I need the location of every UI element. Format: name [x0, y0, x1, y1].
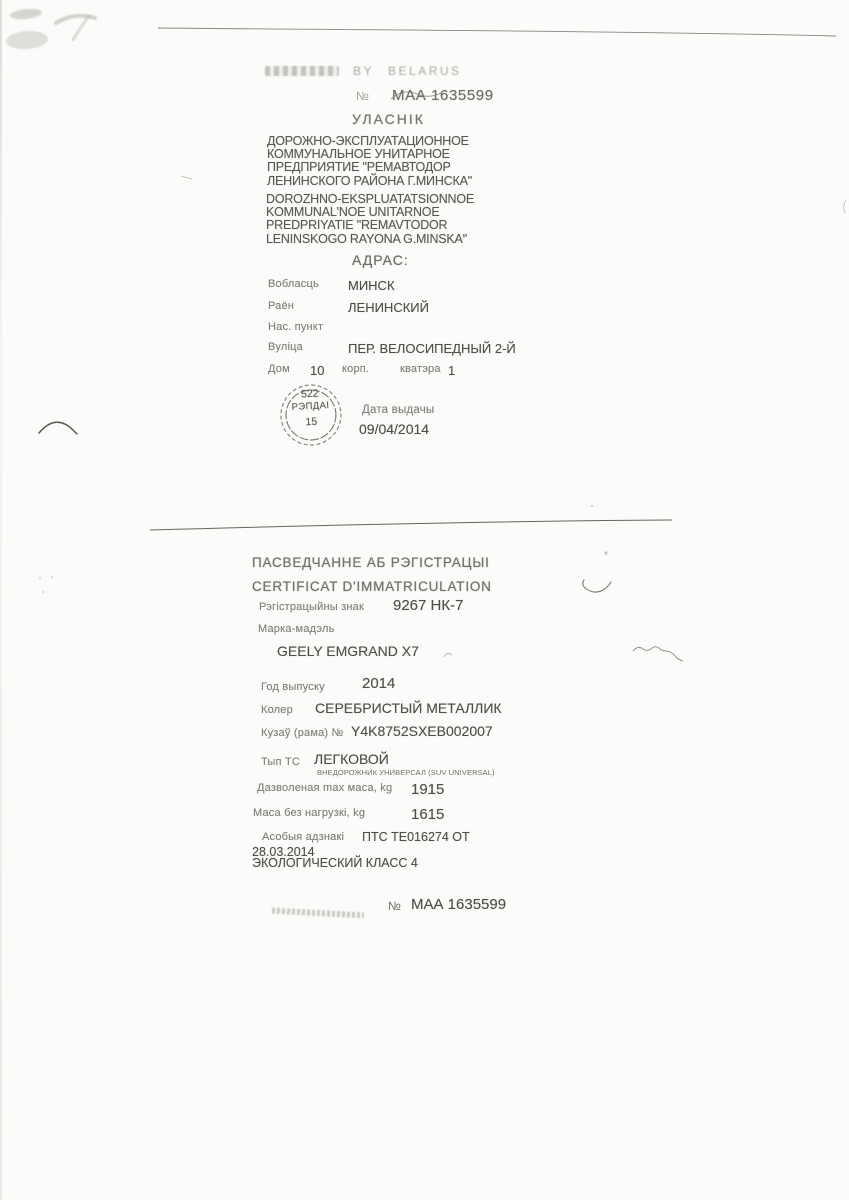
fine-print-illegible: [272, 908, 364, 919]
issue-date-value: 09/04/2014: [359, 421, 429, 437]
fold-line-middle: [150, 520, 672, 530]
issue-stamp: 522 РЭПДАІ 15: [274, 379, 348, 453]
address-heading: АДРАС:: [352, 252, 409, 268]
fold-line-top: [158, 28, 836, 36]
scan-artifact-tick: [444, 653, 452, 657]
faded-country-line: BY BELARUS: [265, 64, 462, 78]
certificate-number-sign: №: [388, 899, 401, 913]
body-number-label: Кузаў (рама) №: [261, 727, 344, 739]
address-house-label: Дом: [268, 363, 290, 375]
owner-name-translit: DOROZHNO-EKSPLUATATSIONNOE KOMMUNAL'NOE …: [266, 193, 474, 246]
address-street-label: Вуліца: [268, 341, 303, 353]
color-label: Колер: [261, 704, 293, 716]
year-label: Год выпуску: [261, 681, 325, 693]
owner-name-line: ПРЕДПРИЯТИЕ "РЕМАВТОДОР: [267, 161, 472, 174]
faded-word-country: BELARUS: [388, 64, 462, 78]
unladen-mass-value: 1615: [411, 806, 444, 823]
address-district-value: ЛЕНИНСКИЙ: [348, 300, 429, 315]
owner-translit-line: PREDPRIYATIE "REMAVTODOR: [266, 219, 474, 232]
owner-name-cyrillic: ДОРОЖНО-ЭКСПЛУАТАЦИОННОЕ КОММУНАЛЬНОЕ УН…: [267, 135, 472, 188]
unladen-mass-label: Маса без нагрузкі, kg: [253, 807, 365, 819]
special-marks-label: Асобыя адзнакі: [262, 831, 344, 843]
owner-translit-line: LENINSKOGO RAYONA G.MINSKA": [266, 233, 474, 246]
certificate-title-belarusian: ПАСВЕДЧАННЕ АБ РЭГІСТРАЦЫІ: [252, 555, 490, 570]
special-marks-line3: ЭКОЛОГИЧЕСКИЙ КЛАСС 4: [252, 856, 418, 870]
owner-heading: УЛАСНІК: [352, 111, 425, 127]
address-settlement-label: Нас. пункт: [268, 321, 323, 333]
address-apartment-value: 1: [448, 363, 455, 378]
special-marks-value: ПТС ТЕ016274 ОТ: [362, 830, 470, 844]
vehicle-type-value: ЛЕГКОВОЙ: [314, 751, 389, 767]
address-street-value: ПЕР. ВЕЛОСИПЕДНЫЙ 2-Й: [348, 341, 516, 356]
scan-artifact-pen-arc: [39, 422, 77, 434]
reg-plate-label: Рэгістрацыйны знак: [259, 601, 364, 613]
address-region-value: МИНСК: [348, 278, 395, 293]
address-house-value: 10: [310, 363, 324, 378]
scanned-vehicle-registration-document: BY BELARUS № МАА 1635599 УЛАСНІК ДОРОЖНО…: [0, 0, 849, 1200]
vehicle-type-subtext: ВНЕДОРОЖНИК УНИВЕРСАЛ (SUV UNIVERSAL): [317, 768, 495, 777]
make-model-value: GEELY EMGRAND X7: [277, 643, 419, 659]
color-value: СЕРЕБРИСТЫЙ МЕТАЛЛИК: [315, 700, 502, 716]
certificate-title-french: CERTIFICAT D'IMMATRICULATION: [252, 579, 492, 594]
scan-artifact-scribble-right: [633, 647, 683, 661]
document-number-sign-top: №: [356, 89, 369, 103]
illegible-word-smudge: [265, 66, 339, 76]
max-mass-label: Дазволеная max маса, kg: [257, 782, 392, 794]
faded-word-by: BY: [353, 64, 374, 78]
scanner-edge-line: [0, 0, 2, 1200]
body-number-value: Y4K8752SXEB002007: [351, 723, 493, 739]
scan-artifact-dash: [181, 176, 192, 179]
max-mass-value: 1915: [411, 781, 444, 798]
address-region-label: Вобласць: [268, 278, 319, 290]
scan-artifact-right-edge-tick: [844, 200, 846, 213]
certificate-number-value: МАА 1635599: [411, 896, 506, 913]
address-district-label: Раён: [268, 300, 294, 312]
year-value: 2014: [362, 675, 395, 692]
document-number-top: МАА 1635599: [392, 87, 494, 104]
make-model-label: Марка-мадэль: [258, 623, 335, 635]
scan-artifact-curl-right: [583, 580, 611, 592]
issue-date-label: Дата выдачы: [362, 404, 434, 416]
reg-plate-value: 9267 НК-7: [393, 597, 463, 614]
vehicle-type-label: Тып ТС: [261, 756, 300, 768]
scan-artifact-topleft-smudge: [5, 7, 95, 50]
address-apartment-label: кватэра: [400, 363, 441, 375]
address-building-label: корп.: [342, 363, 369, 375]
owner-name-line: ЛЕНИНСКОГО РАЙОНА Г.МИНСКА": [267, 175, 472, 188]
